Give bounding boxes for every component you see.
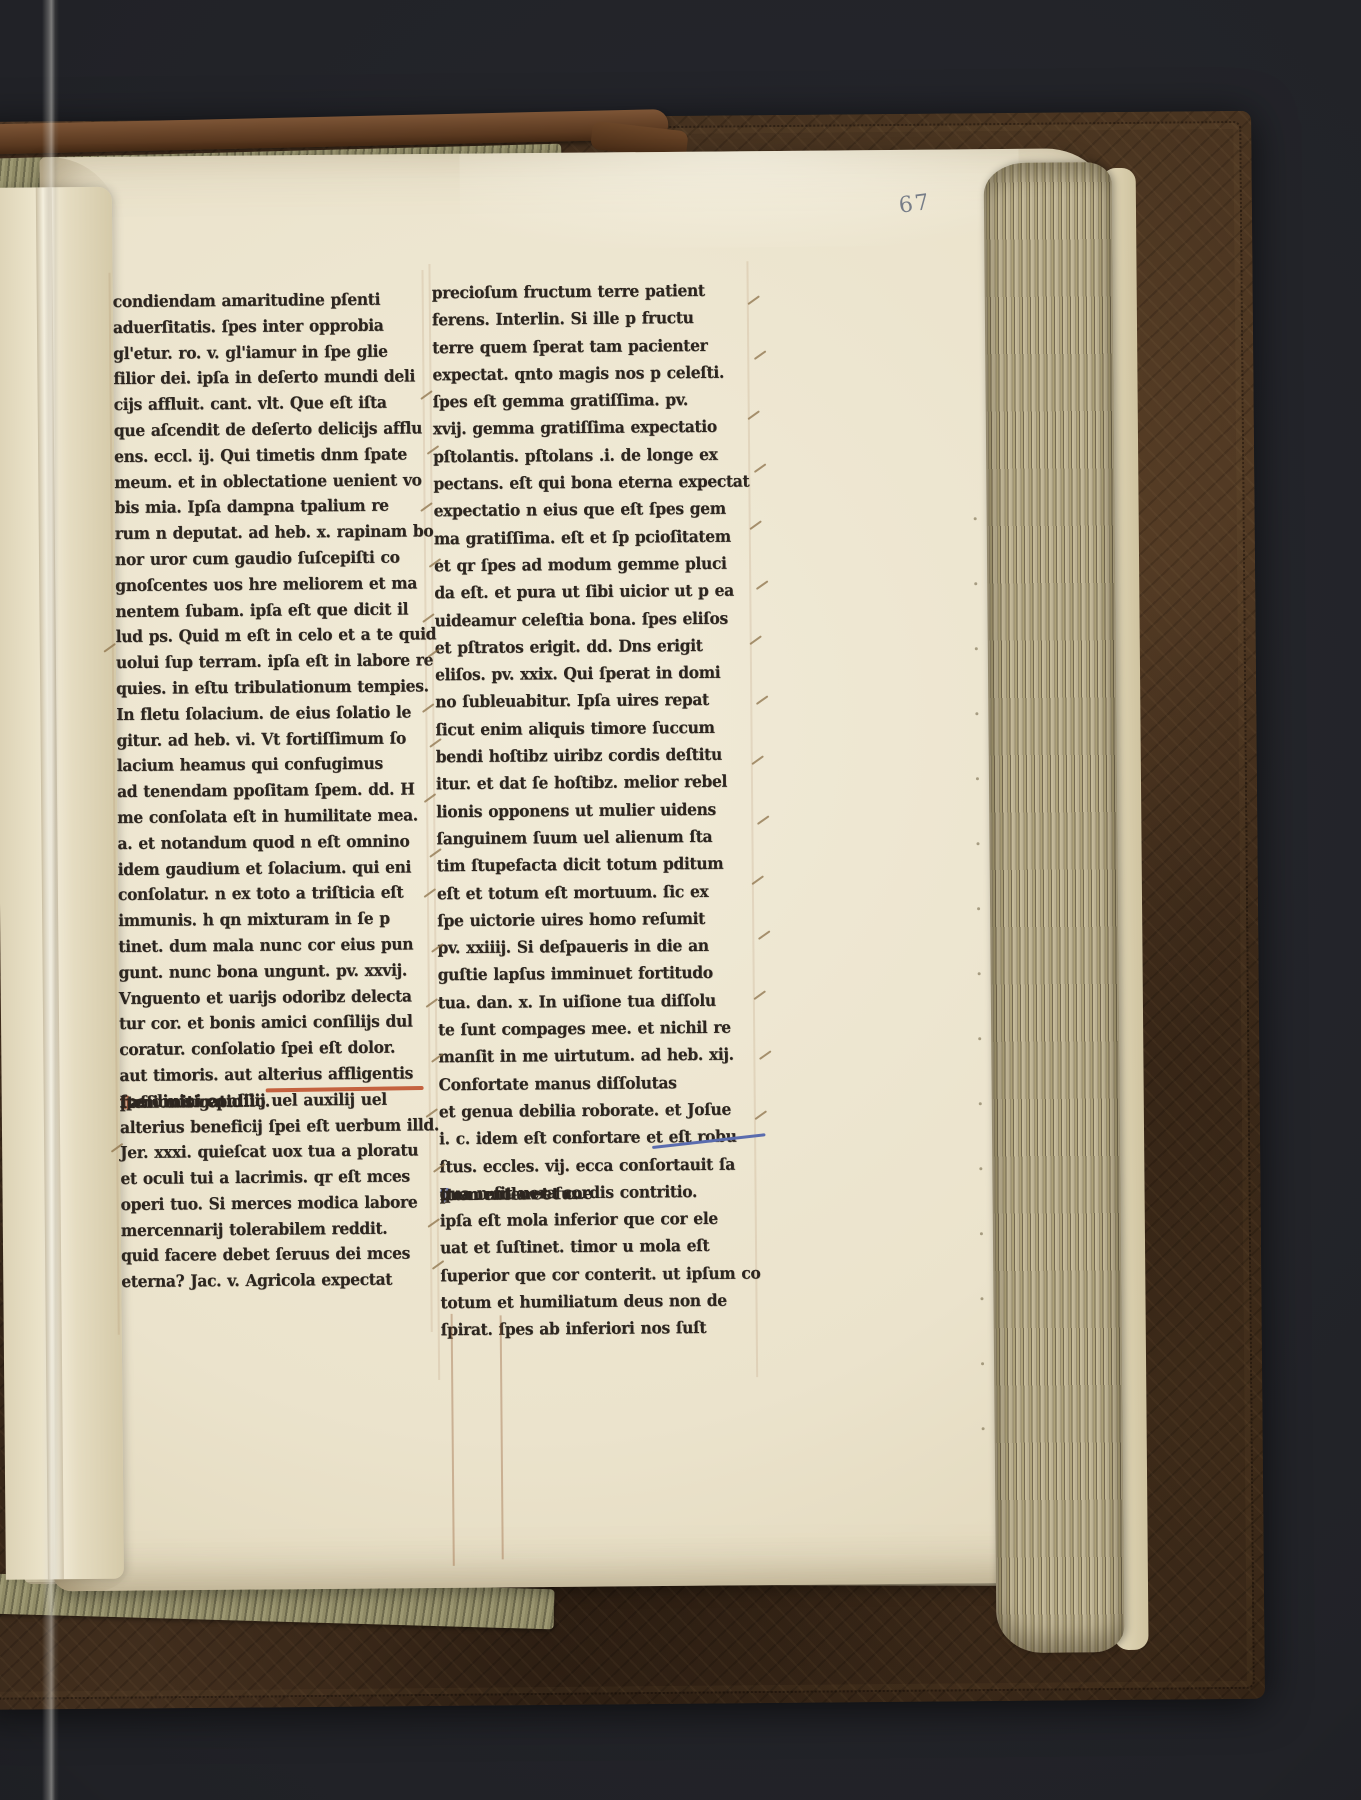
- open-book: mortabream hſpes its. Spegir. tirnus oua…: [0, 0, 1361, 1800]
- prick-mark: [975, 712, 978, 715]
- prick-mark: [979, 1167, 982, 1170]
- text-column-left: condiendam amaritudine pſentiaduerſitati…: [113, 286, 432, 1295]
- previous-page-edge: mortabream hſpes its. Spegir. tirnus oua…: [0, 187, 124, 1580]
- prick-mark: [980, 1297, 983, 1300]
- previous-page-inner-column: atemmanusne imin etuerooleanſpesngilait.…: [52, 243, 110, 244]
- manuscript-photograph: mortabream hſpes its. Spegir. tirnus oua…: [0, 0, 1361, 1800]
- prick-mark: [978, 972, 981, 975]
- text-line: a. et notandum quod n eſt omnino: [117, 827, 427, 857]
- prick-mark: [982, 1427, 985, 1430]
- text-line: manſit in me uirtutum. ad heb. xij.: [438, 1040, 750, 1072]
- prick-mark: [974, 582, 977, 585]
- prick-mark: [977, 907, 980, 910]
- prick-mark: [979, 1102, 982, 1105]
- text-line: uat et ſuſtinet. timor u mola eſt: [440, 1231, 752, 1263]
- text-line: expectatio n eius que eſt ſpes gem: [433, 494, 745, 526]
- fore-edge-page-stack: [984, 162, 1125, 1653]
- text-line: In fletu ſolacium. de eius ſolatio le: [116, 698, 426, 728]
- text-column-right: precioſum fructum terre patientferens. I…: [432, 276, 753, 1343]
- prick-mark: [977, 842, 980, 845]
- text-line: eterna? Jac. v. Agricola expectat: [121, 1266, 431, 1296]
- text-line: tim ſtupefacta dicit totum pditum: [437, 849, 749, 881]
- text-line: ferens. Interlin. Si ille p fructu: [432, 303, 744, 335]
- prick-mark: [974, 517, 977, 520]
- prick-mark: [980, 1232, 983, 1235]
- text-line: da eſt. et pura ut ſibi uicior ut p ea: [434, 576, 746, 608]
- text-line: i. c. idem eſt confortare et eſt robu: [439, 1122, 751, 1154]
- text-line: no ſubleuabitur. Ipſa uires repat: [435, 685, 747, 717]
- page-fold-highlight: [36, 187, 64, 1579]
- text-line: gnoſcentes uos hre meliorem et ma: [115, 569, 425, 599]
- text-line: xvij. gemma gratiſſima expectatio: [433, 412, 745, 444]
- folio-number: 67: [897, 190, 932, 219]
- text-line: aduerſitatis. ſpes inter opprobia: [113, 311, 423, 341]
- prick-mark: [975, 647, 978, 650]
- text-line: guſtie lapſus imminuet fortitudo: [438, 958, 750, 990]
- prick-mark: [978, 1037, 981, 1040]
- text-line: itur. et dat ſe hoſtibz. melior rebel: [436, 767, 748, 799]
- text-line: gunt. nunc bona ungunt. pv. xxvij.: [118, 956, 428, 986]
- text-line: ſpirat. ſpes ab inferiori nos ſuſt: [441, 1313, 753, 1345]
- prick-mark: [976, 777, 979, 780]
- prick-mark: [981, 1362, 984, 1365]
- text-line: ens. eccl. ij. Qui timetis dnm ſpate: [114, 440, 424, 470]
